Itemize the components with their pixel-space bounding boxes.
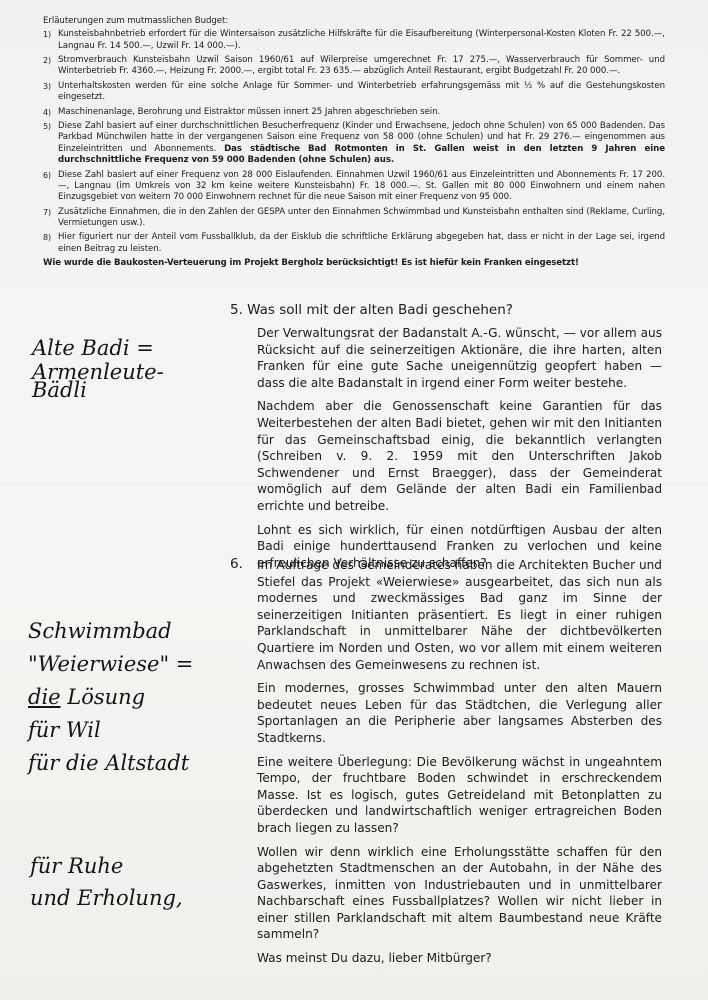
footnote-number: 1) xyxy=(43,29,58,52)
footnote-number: 5) xyxy=(43,121,58,166)
paragraph: Ein modernes, grosses Schwimmbad unter d… xyxy=(257,680,662,746)
handwritten-line: "Weierwiese" = xyxy=(28,648,193,681)
footnote-7: 7) Zusätzliche Einnahmen, die in den Zah… xyxy=(43,207,665,230)
paragraph: Eine weitere Überlegung: Die Bevölkerung… xyxy=(257,754,662,837)
footnote-3: 3) Unterhaltskosten werden für eine solc… xyxy=(43,81,665,104)
footnote-text: Zusätzliche Einnahmen, die in den Zahlen… xyxy=(58,207,665,230)
paragraph: Wollen wir denn wirklich eine Erholungss… xyxy=(257,844,662,944)
footnote-number: 4) xyxy=(43,107,58,118)
paragraph: Im Auftrage des Gemeinderates haben die … xyxy=(257,557,662,673)
footnote-number: 6) xyxy=(43,170,58,204)
footnotes-bold-remark: Wie wurde die Baukosten-Verteuerung im P… xyxy=(43,258,665,269)
section-5-heading: 5. Was soll mit der alten Badi geschehen… xyxy=(230,301,513,319)
footnote-text: Stromverbrauch Kunsteisbahn Uzwil Saison… xyxy=(58,55,665,78)
footnote-text: Kunsteisbahnbetrieb erfordert für die Wi… xyxy=(58,29,665,52)
handwritten-line: für Ruhe xyxy=(30,850,183,882)
handwritten-line: für die Altstadt xyxy=(28,747,193,780)
footnote-8: 8) Hier figuriert nur der Anteil vom Fus… xyxy=(43,232,665,255)
footnote-text: Maschinenanlage, Berohrung und Eistrakto… xyxy=(58,107,665,118)
footnote-1: 1) Kunsteisbahnbetrieb erfordert für die… xyxy=(43,29,665,52)
handwritten-line: Alte Badi = xyxy=(32,336,164,360)
handwritten-word: Lösung xyxy=(61,685,146,709)
footnote-6: 6) Diese Zahl basiert auf einer Frequenz… xyxy=(43,170,665,204)
budget-footnotes: Erläuterungen zum mutmasslichen Budget: … xyxy=(43,16,665,269)
footnote-number: 7) xyxy=(43,207,58,230)
footnote-text: Diese Zahl basiert auf einer Frequenz vo… xyxy=(58,170,665,204)
paragraph: Der Verwaltungsrat der Badanstalt A.-G. … xyxy=(257,325,662,391)
footnote-5: 5) Diese Zahl basiert auf einer durchsch… xyxy=(43,121,665,166)
footnotes-title: Erläuterungen zum mutmasslichen Budget: xyxy=(43,16,665,27)
footnote-text: Unterhaltskosten werden für eine solche … xyxy=(58,81,665,104)
handwritten-note-rest: für Ruhe und Erholung, xyxy=(30,850,183,914)
section-5-body: Der Verwaltungsrat der Badanstalt A.-G. … xyxy=(257,325,662,571)
footnote-text: Diese Zahl basiert auf einer durchschnit… xyxy=(58,121,665,166)
handwritten-line: die Lösung xyxy=(28,681,193,714)
footnote-number: 8) xyxy=(43,232,58,255)
section-6-number: 6. xyxy=(230,555,243,573)
handwritten-line: für Wil xyxy=(28,714,193,747)
footnote-text: Hier figuriert nur der Anteil vom Fussba… xyxy=(58,232,665,255)
handwritten-line: Schwimmbad xyxy=(28,615,193,648)
closing-question: Was meinst Du dazu, lieber Mitbürger? xyxy=(257,950,662,967)
handwritten-note-old-badi: Alte Badi = Armenleute- Bädli xyxy=(32,336,164,402)
section-6-body: Im Auftrage des Gemeinderates haben die … xyxy=(257,557,662,967)
footnote-number: 3) xyxy=(43,81,58,104)
footnote-number: 2) xyxy=(43,55,58,78)
handwritten-underlined: die xyxy=(28,685,61,709)
paragraph: Nachdem aber die Genossenschaft keine Ga… xyxy=(257,398,662,514)
handwritten-note-weierwiese: Schwimmbad "Weierwiese" = die Lösung für… xyxy=(28,615,193,780)
footnote-4: 4) Maschinenanlage, Berohrung und Eistra… xyxy=(43,107,665,118)
handwritten-line: und Erholung, xyxy=(30,882,183,914)
footnote-2: 2) Stromverbrauch Kunsteisbahn Uzwil Sai… xyxy=(43,55,665,78)
